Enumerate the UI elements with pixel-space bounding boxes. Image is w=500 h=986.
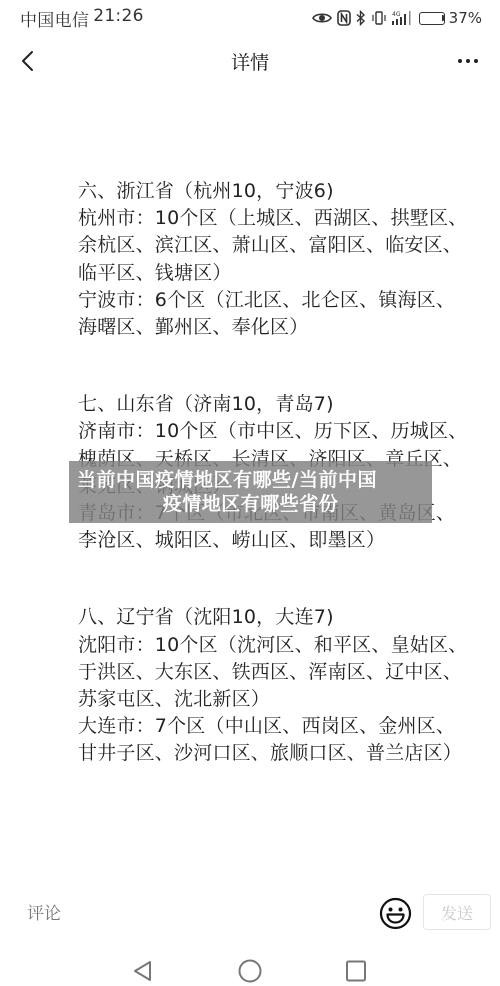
comment-bar: 发送: [0, 888, 500, 940]
battery-percent: 37%: [449, 9, 482, 27]
banner-line-1: 当前中国疫情地区有哪些/当前中国: [69, 468, 377, 492]
status-bar: 中国电信 21:26 4G 37%: [0, 0, 500, 36]
status-right: 4G 37%: [312, 9, 482, 27]
triangle-back-icon: [130, 958, 156, 984]
article-line: 杭州市：10个区（上城区、西湖区、拱墅区、: [78, 205, 478, 232]
carrier-label: 中国电信: [20, 6, 89, 31]
chevron-left-icon: [19, 49, 35, 73]
banner-line-2: 疫情地区有哪些省份: [163, 492, 339, 516]
section-heading: 七、山东省（济南10，青岛7): [78, 391, 478, 418]
article-line: 甘井子区、沙河口区、旅顺口区、普兰店区）: [78, 740, 478, 767]
section-heading: 六、浙江省（杭州10，宁波6): [78, 178, 478, 205]
nfc-icon: [337, 10, 351, 26]
smiley-face-icon: [379, 897, 412, 930]
section-zhejiang: 六、浙江省（杭州10，宁波6) 杭州市：10个区（上城区、西湖区、拱墅区、 余杭…: [78, 178, 478, 341]
section-liaoning: 八、辽宁省（沈阳10，大连7) 沈阳市：10个区（沈河区、和平区、皇姑区、 于洪…: [78, 604, 478, 767]
article-line: 宁波市：6个区（江北区、北仑区、镇海区、: [78, 287, 478, 314]
clock: 21:26: [93, 6, 144, 31]
circle-home-icon: [237, 958, 263, 984]
article-line: 李沧区、城阳区、崂山区、即墨区）: [78, 527, 478, 554]
article-line: 海曙区、鄞州区、奉化区）: [78, 314, 478, 341]
back-button[interactable]: [12, 46, 42, 76]
emoji-button[interactable]: [379, 897, 412, 930]
svg-text:4G: 4G: [392, 11, 401, 18]
more-dot: [474, 59, 478, 63]
page-title: 详情: [231, 48, 269, 75]
status-left: 中国电信 21:26: [20, 6, 144, 31]
nav-back-button[interactable]: [130, 958, 156, 984]
article-line: 苏家屯区、沈北新区）: [78, 686, 478, 713]
article-line: 大连市：7个区（中山区、西岗区、金州区、: [78, 713, 478, 740]
system-nav-bar: [0, 948, 500, 986]
vibrate-icon: [371, 10, 387, 26]
more-options-button[interactable]: [450, 46, 486, 76]
square-recent-icon: [343, 958, 369, 984]
signal-4g-icon: 4G: [392, 10, 414, 26]
article-line: 余杭区、滨江区、萧山区、富阳区、临安区、: [78, 232, 478, 259]
send-button[interactable]: 发送: [423, 894, 491, 930]
article-line: 临平区、钱塘区）: [78, 260, 478, 287]
article-line: 济南市：10个区（市中区、历下区、历城区、: [78, 418, 478, 445]
eye-icon: [312, 10, 332, 26]
more-dot: [458, 59, 462, 63]
bluetooth-icon: [356, 10, 366, 26]
nav-home-button[interactable]: [237, 958, 263, 984]
section-heading: 八、辽宁省（沈阳10，大连7): [78, 604, 478, 631]
article-line: 沈阳市：10个区（沈河区、和平区、皇姑区、: [78, 632, 478, 659]
article-line: 于洪区、大东区、铁西区、浑南区、辽中区、: [78, 659, 478, 686]
nav-recent-button[interactable]: [343, 958, 369, 984]
battery-icon: [419, 10, 444, 26]
title-overlay-banner: 当前中国疫情地区有哪些/当前中国 疫情地区有哪些省份: [69, 461, 432, 523]
comment-input[interactable]: [27, 900, 357, 928]
more-dot: [466, 59, 470, 63]
top-app-bar: 详情: [0, 36, 500, 86]
